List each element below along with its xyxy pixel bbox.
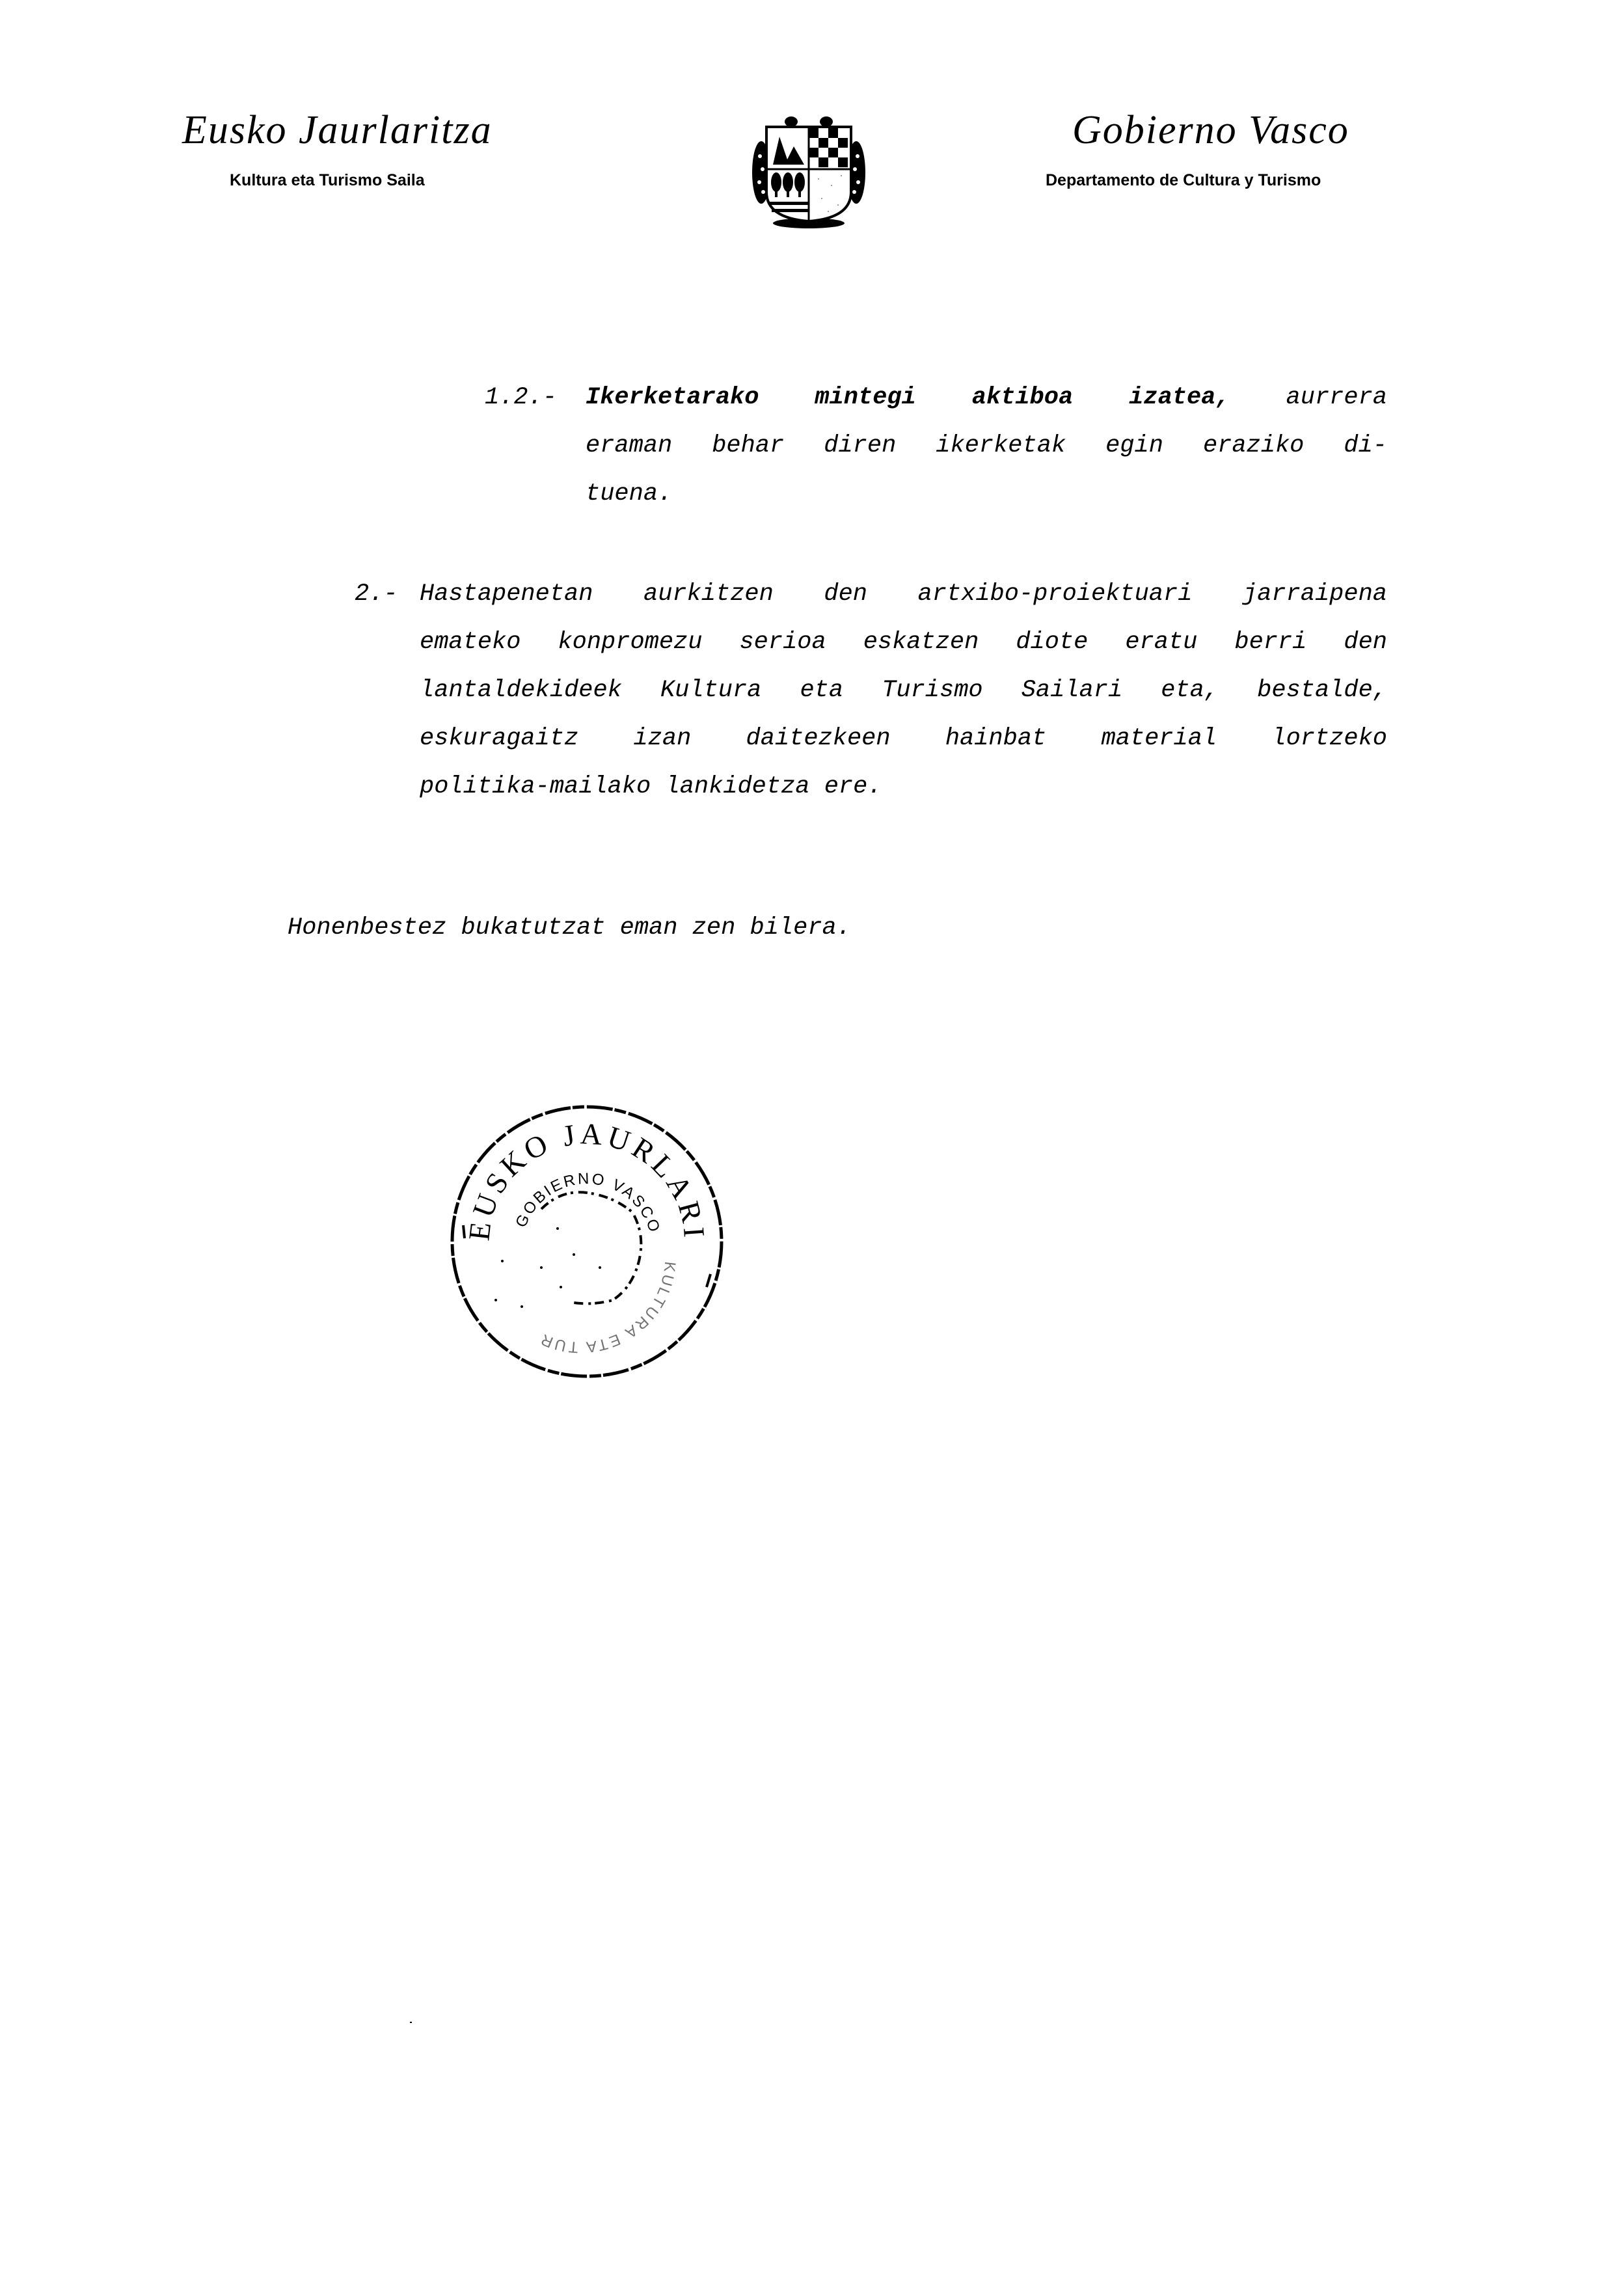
item-1-2-heading: Ikerketarako mintegi aktiboa izatea,	[586, 384, 1230, 411]
gobierno-vasco-title: Gobierno Vasco	[1072, 107, 1349, 154]
closing-sentence: Honenbestez bukatutzat eman zen bilera.	[288, 914, 851, 942]
right-department-name: Departamento de Cultura y Turismo	[1046, 171, 1321, 190]
item-2-line-1: Hastapenetan aurkitzen den artxibo-proie…	[420, 580, 1387, 608]
item-2-line-2: emateko konpromezu serioa eskatzen diote…	[420, 629, 1387, 656]
item-1-2-line-3: tuena.	[586, 480, 672, 508]
left-department-name: Kultura eta Turismo Saila	[230, 171, 425, 190]
official-stamp-icon: EUSKO JAURLARITZA GOBIERNO VASCO KULTURA…	[444, 1098, 730, 1385]
svg-text:GOBIERNO VASCO: GOBIERNO VASCO	[512, 1170, 664, 1236]
item-2-line-4: eskuragaitz izan daitezkeen hainbat mate…	[420, 725, 1387, 752]
eusko-jaurlaritza-title: Eusko Jaurlaritza	[182, 107, 493, 154]
item-2-line-3: lantaldekideek Kultura eta Turismo Saila…	[420, 677, 1387, 704]
item-2-number: 2.-	[355, 580, 398, 608]
item-1-2-line-2: eraman behar diren ikerketak egin erazik…	[586, 432, 1387, 459]
item-1-2-number: 1.2.-	[485, 384, 557, 411]
item-1-2-line-1: Ikerketarako mintegi aktiboa izatea, aur…	[586, 384, 1387, 411]
svg-text:EUSKO JAURLARITZA: EUSKO JAURLARITZA	[444, 1098, 711, 1242]
scan-speck	[410, 2022, 412, 2023]
basque-coat-of-arms-icon	[747, 107, 871, 231]
item-2-line-5: politika-mailako lankidetza ere.	[420, 773, 882, 800]
